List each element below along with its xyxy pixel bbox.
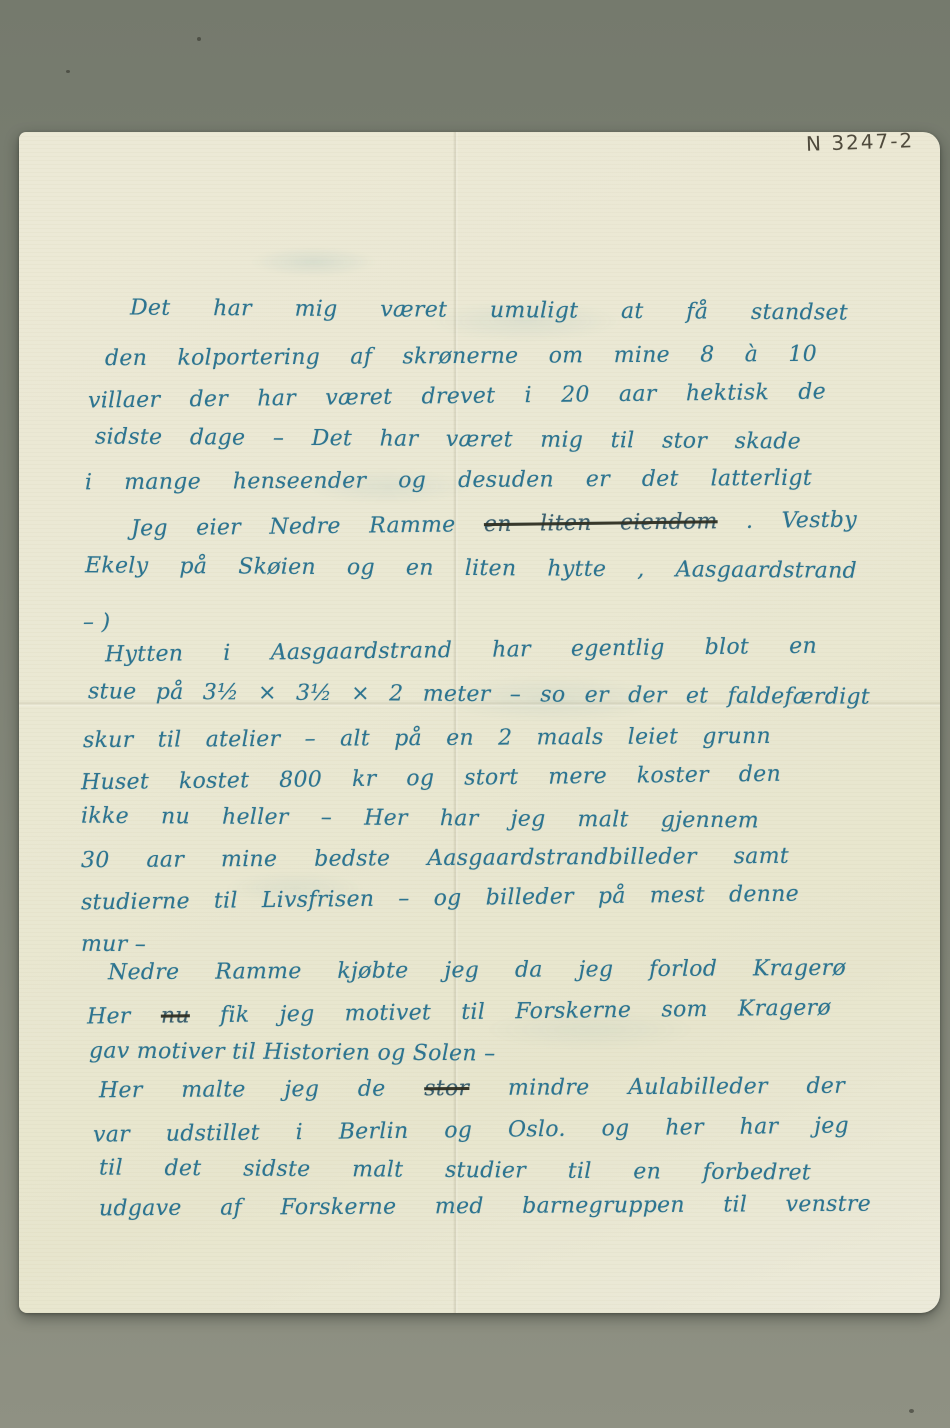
letter-line-8: – ) [83, 610, 111, 637]
dust-speck [909, 1409, 914, 1413]
letter-line-1: Det har mig været umuligt at få standset [130, 295, 848, 326]
letter-line-6: Jeg eier Nedre Ramme en liten eiendom . … [131, 508, 857, 543]
letter-line-6-pre: Jeg eier Nedre Ramme [131, 512, 484, 541]
letter-line-3: villaer der har været drevet i 20 aar he… [88, 379, 826, 414]
paper-sheet: Det har mig været umuligt at få standset… [19, 132, 940, 1313]
strikethrough-text: nu [161, 1003, 190, 1028]
letter-line-5: i mange henseender og desuden er det lat… [85, 466, 812, 497]
letter-line-17: Nedre Ramme kjøbte jeg da jeg forlod Kra… [108, 956, 846, 987]
dust-speck [66, 70, 70, 73]
letter-line-22: til det sidste malt studier til en forbe… [99, 1156, 811, 1187]
letter-line-14: 30 aar mine bedste Aasgaardstrandbillede… [81, 844, 789, 875]
letter-line-18-pre: Her [87, 1004, 161, 1030]
letter-line-20-pre: Her malte jeg de [99, 1076, 424, 1103]
letter-line-10: stue på 3½ × 3½ × 2 meter – so er der et… [88, 679, 870, 711]
letter-line-23: udgave af Forskerne med barnegruppen til… [99, 1192, 871, 1223]
letter-line-15: studierne til Livsfrisen – og billeder p… [81, 882, 799, 917]
letter-line-4: sidste dage – Det har været mig til stor… [95, 425, 801, 456]
letter-line-9: Hytten i Aasgaardstrand har egentlig blo… [105, 634, 817, 669]
letter-line-20: Her malte jeg de stor mindre Aulabillede… [99, 1074, 845, 1105]
letter-line-7: Ekely på Skøien og en liten hytte , Aasg… [85, 553, 857, 585]
dust-speck [197, 37, 201, 41]
letter-line-11: skur til atelier – alt på en 2 maals lei… [83, 724, 771, 755]
strikethrough-text: stor [424, 1076, 469, 1101]
letter-line-13: ikke nu heller – Her har jeg malt gjenne… [81, 804, 759, 835]
letter-line-18-post: fik jeg motivet til Forskerne som Krager… [190, 995, 831, 1028]
strikethrough-text: en liten eiendom [484, 509, 718, 537]
letter-line-2: den kolportering af skrønerne om mine 8 … [105, 342, 817, 373]
scanned-letter-photo: { "theme": { "mat-top": "#757a6d", "mat-… [0, 0, 950, 1428]
archival-number: N 3247-2 [806, 128, 915, 156]
letter-line-12: Huset kostet 800 kr og stort mere koster… [81, 762, 781, 797]
letter-line-19: gav motiver til Historien og Solen – [89, 1039, 496, 1068]
letter-line-16: mur – [81, 932, 146, 959]
letter-line-6-post: . Vestby [717, 508, 857, 535]
letter-line-21: var udstillet i Berlin og Oslo. og her h… [93, 1113, 849, 1149]
letter-line-20-post: mindre Aulabilleder der [469, 1074, 845, 1101]
letter-line-18: Her nu fik jeg motivet til Forskerne som… [87, 995, 831, 1030]
